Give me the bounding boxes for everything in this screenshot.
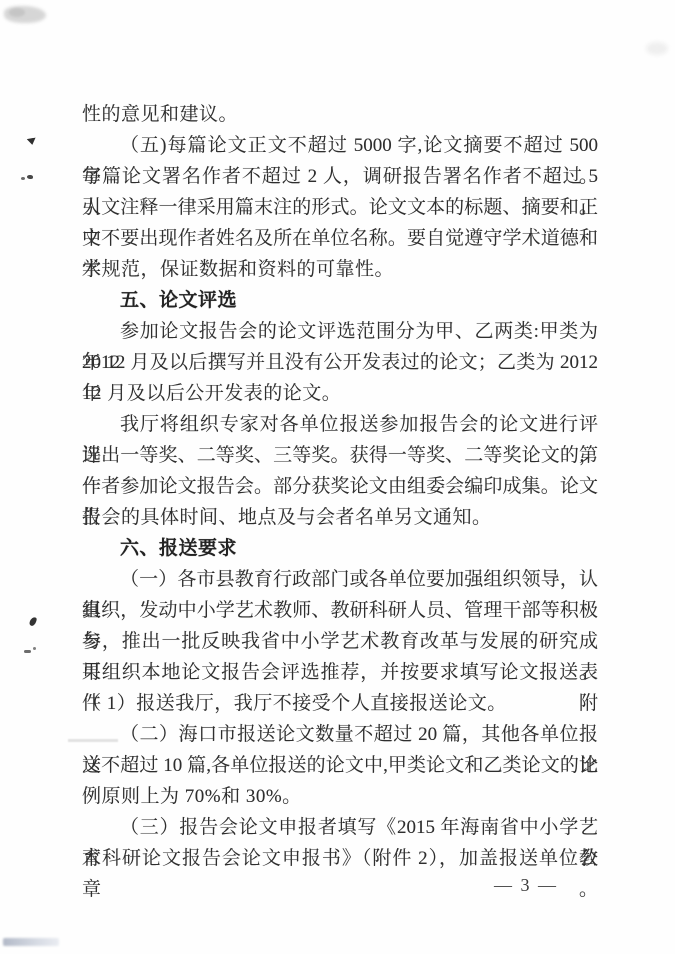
text-line: 术规范，保证数据和资料的可靠性。: [82, 254, 598, 285]
text-line: （一）各市县教育行政部门或各单位要加强组织领导，认真: [82, 564, 598, 595]
text-line: 每篇论文署名作者不超过 2 人，调研报告署名作者不超过 5 人。: [82, 161, 598, 192]
text-line: 12 月及以后公开发表的论文。: [82, 378, 598, 409]
text-line: 引文注释一律采用篇末注的形式。论文文本的标题、摘要和正文: [82, 192, 598, 223]
text-line: 参加论文报告会的论文评选范围分为甲、乙两类:甲类为 2012: [82, 316, 598, 347]
section-heading: 六、报送要求: [82, 533, 598, 564]
text-line: 文不超过 10 篇,各单位报送的论文中,甲类论文和乙类论文的比: [82, 750, 598, 781]
text-line: 育科研论文报告会论文申报书》（附件 2），加盖报送单位公章。: [82, 843, 598, 874]
ink-speck-left-margin-5: [24, 650, 31, 653]
page-number: — 3 —: [494, 875, 558, 896]
section-heading: 五、论文评选: [82, 285, 598, 316]
text-line: 评出一等奖、二等奖、三等奖。获得一等奖、二等奖论文的第一: [82, 440, 598, 471]
text-line: 告会的具体时间、地点及与会者名单另文通知。: [82, 502, 598, 533]
text-line: （二）海口市报送论文数量不超过 20 篇，其他各单位报送论: [82, 719, 598, 750]
scan-smudge-top-left: [4, 6, 46, 23]
text-line: （三）报告会论文申报者填写《2015 年海南省中小学艺术教: [82, 812, 598, 843]
text-line: 可组织本地论文报告会评选推荐，并按要求填写论文报送表（附: [82, 657, 598, 688]
ink-speck-left-margin-4: [29, 616, 37, 626]
text-line: 与，推出一批反映我省中小学艺术教育改革与发展的研究成果。: [82, 626, 598, 657]
text-line: 中不要出现作者姓名及所在单位名称。要自觉遵守学术道德和学: [82, 223, 598, 254]
text-line: 例原则上为 70%和 30%。: [82, 781, 598, 812]
text-line: 组织，发动中小学艺术教师、教研科研人员、管理干部等积极参: [82, 595, 598, 626]
ink-speck-left-margin-2: [21, 177, 25, 180]
text-line: 作者参加论文报告会。部分获奖论文由组委会编印成集。论文报: [82, 471, 598, 502]
document-text-block: 性的意见和建议。（五)每篇论文正文不超过 5000 字,论文摘要不超过 500 …: [82, 99, 598, 874]
text-line: （五)每篇论文正文不超过 5000 字,论文摘要不超过 500 字。: [82, 130, 598, 161]
text-line: 我厅将组织专家对各单位报送参加报告会的论文进行评选，: [82, 409, 598, 440]
scan-smudge-right-top: [646, 42, 668, 55]
text-line: 性的意见和建议。: [82, 99, 598, 130]
ink-speck-left-margin-1: [27, 138, 37, 146]
scan-smudge-bottom-left: [3, 938, 59, 946]
ink-speck-left-margin-6: [33, 647, 36, 650]
ink-speck-left-margin-3: [27, 175, 33, 179]
text-line: 年 12 月及以后撰写并且没有公开发表过的论文；乙类为 2012 年: [82, 347, 598, 378]
scan-smudge-top-left-core: [9, 8, 25, 17]
document-page: 性的意见和建议。（五)每篇论文正文不超过 5000 字,论文摘要不超过 500 …: [0, 0, 675, 954]
